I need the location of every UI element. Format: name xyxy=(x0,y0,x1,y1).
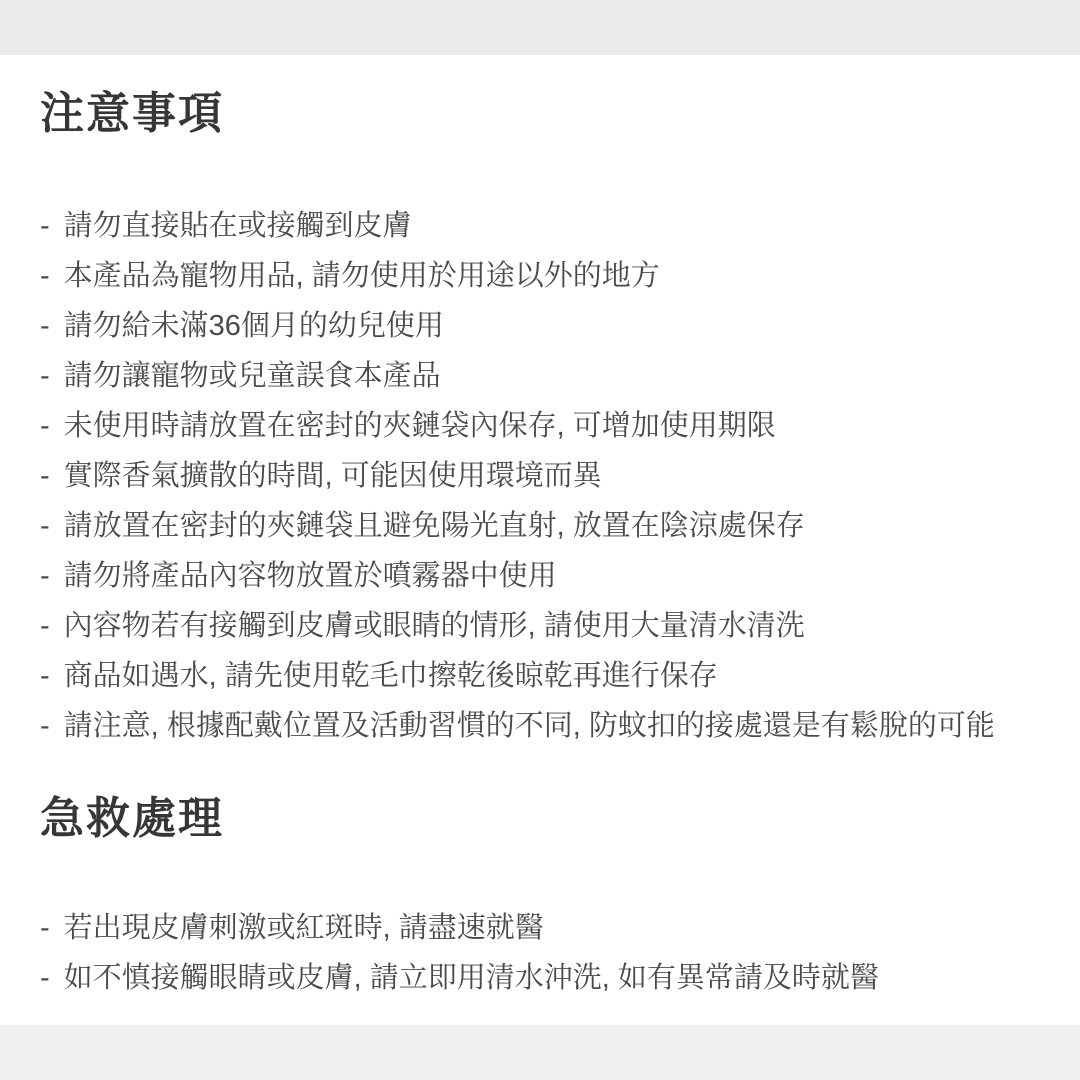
bullet-dash: - xyxy=(40,351,50,401)
list-item-text: 商品如遇水, 請先使用乾毛巾擦乾後晾乾再進行保存 xyxy=(64,660,718,692)
bottom-gray-bar xyxy=(0,1025,1080,1080)
bullet-dash: - xyxy=(40,601,50,651)
bullet-dash: - xyxy=(40,651,50,701)
list-item: -本產品為寵物用品, 請勿使用於用途以外的地方 xyxy=(40,251,1040,301)
bullet-dash: - xyxy=(40,701,50,751)
bullet-dash: - xyxy=(40,551,50,601)
list-item-text: 請勿直接貼在或接觸到皮膚 xyxy=(64,210,412,242)
first-aid-list: -若出現皮膚刺激或紅斑時, 請盡速就醫-如不慎接觸眼睛或皮膚, 請立即用清水沖洗… xyxy=(40,903,1040,1003)
list-item: -實際香氣擴散的時間, 可能因使用環境而異 xyxy=(40,451,1040,501)
top-gray-bar xyxy=(0,0,1080,55)
list-item: -內容物若有接觸到皮膚或眼睛的情形, 請使用大量清水清洗 xyxy=(40,601,1040,651)
list-item: -未使用時請放置在密封的夾鏈袋內保存, 可增加使用期限 xyxy=(40,401,1040,451)
list-item: -請勿給未滿36個月的幼兒使用 xyxy=(40,301,1040,351)
bullet-dash: - xyxy=(40,401,50,451)
list-item: -若出現皮膚刺激或紅斑時, 請盡速就醫 xyxy=(40,903,1040,953)
list-item: -如不慎接觸眼睛或皮膚, 請立即用清水沖洗, 如有異常請及時就醫 xyxy=(40,953,1040,1003)
bullet-dash: - xyxy=(40,301,50,351)
list-item: -請勿直接貼在或接觸到皮膚 xyxy=(40,201,1040,251)
list-item: -請勿讓寵物或兒童誤食本產品 xyxy=(40,351,1040,401)
list-item-text: 未使用時請放置在密封的夾鏈袋內保存, 可增加使用期限 xyxy=(64,410,776,442)
list-item-text: 內容物若有接觸到皮膚或眼睛的情形, 請使用大量清水清洗 xyxy=(64,610,805,642)
list-item: -請勿將產品內容物放置於噴霧器中使用 xyxy=(40,551,1040,601)
list-item: -商品如遇水, 請先使用乾毛巾擦乾後晾乾再進行保存 xyxy=(40,651,1040,701)
bullet-dash: - xyxy=(40,451,50,501)
bullet-dash: - xyxy=(40,903,50,953)
list-item-text: 如不慎接觸眼睛或皮膚, 請立即用清水沖洗, 如有異常請及時就醫 xyxy=(64,962,879,994)
notice-document: 注意事項 -請勿直接貼在或接觸到皮膚-本產品為寵物用品, 請勿使用於用途以外的地… xyxy=(0,90,1080,1003)
bullet-dash: - xyxy=(40,251,50,301)
precautions-list: -請勿直接貼在或接觸到皮膚-本產品為寵物用品, 請勿使用於用途以外的地方-請勿給… xyxy=(40,201,1040,751)
list-item-text: 請放置在密封的夾鏈袋且避免陽光直射, 放置在陰涼處保存 xyxy=(64,510,805,542)
list-item-text: 本產品為寵物用品, 請勿使用於用途以外的地方 xyxy=(64,260,660,292)
list-item-text: 請勿讓寵物或兒童誤食本產品 xyxy=(64,360,441,392)
list-item: -請放置在密封的夾鏈袋且避免陽光直射, 放置在陰涼處保存 xyxy=(40,501,1040,551)
bullet-dash: - xyxy=(40,201,50,251)
bullet-dash: - xyxy=(40,953,50,1003)
list-item-text: 實際香氣擴散的時間, 可能因使用環境而異 xyxy=(64,460,602,492)
bullet-dash: - xyxy=(40,501,50,551)
list-item-text: 請注意, 根據配戴位置及活動習慣的不同, 防蚊扣的接處還是有鬆脫的可能 xyxy=(64,710,995,742)
list-item-text: 請勿給未滿36個月的幼兒使用 xyxy=(64,310,444,342)
section-title-precautions: 注意事項 xyxy=(40,90,1040,138)
list-item-text: 若出現皮膚刺激或紅斑時, 請盡速就醫 xyxy=(64,912,544,944)
list-item: -請注意, 根據配戴位置及活動習慣的不同, 防蚊扣的接處還是有鬆脫的可能 xyxy=(40,701,1040,751)
section-title-first-aid: 急救處理 xyxy=(40,795,1040,843)
list-item-text: 請勿將產品內容物放置於噴霧器中使用 xyxy=(64,560,557,592)
